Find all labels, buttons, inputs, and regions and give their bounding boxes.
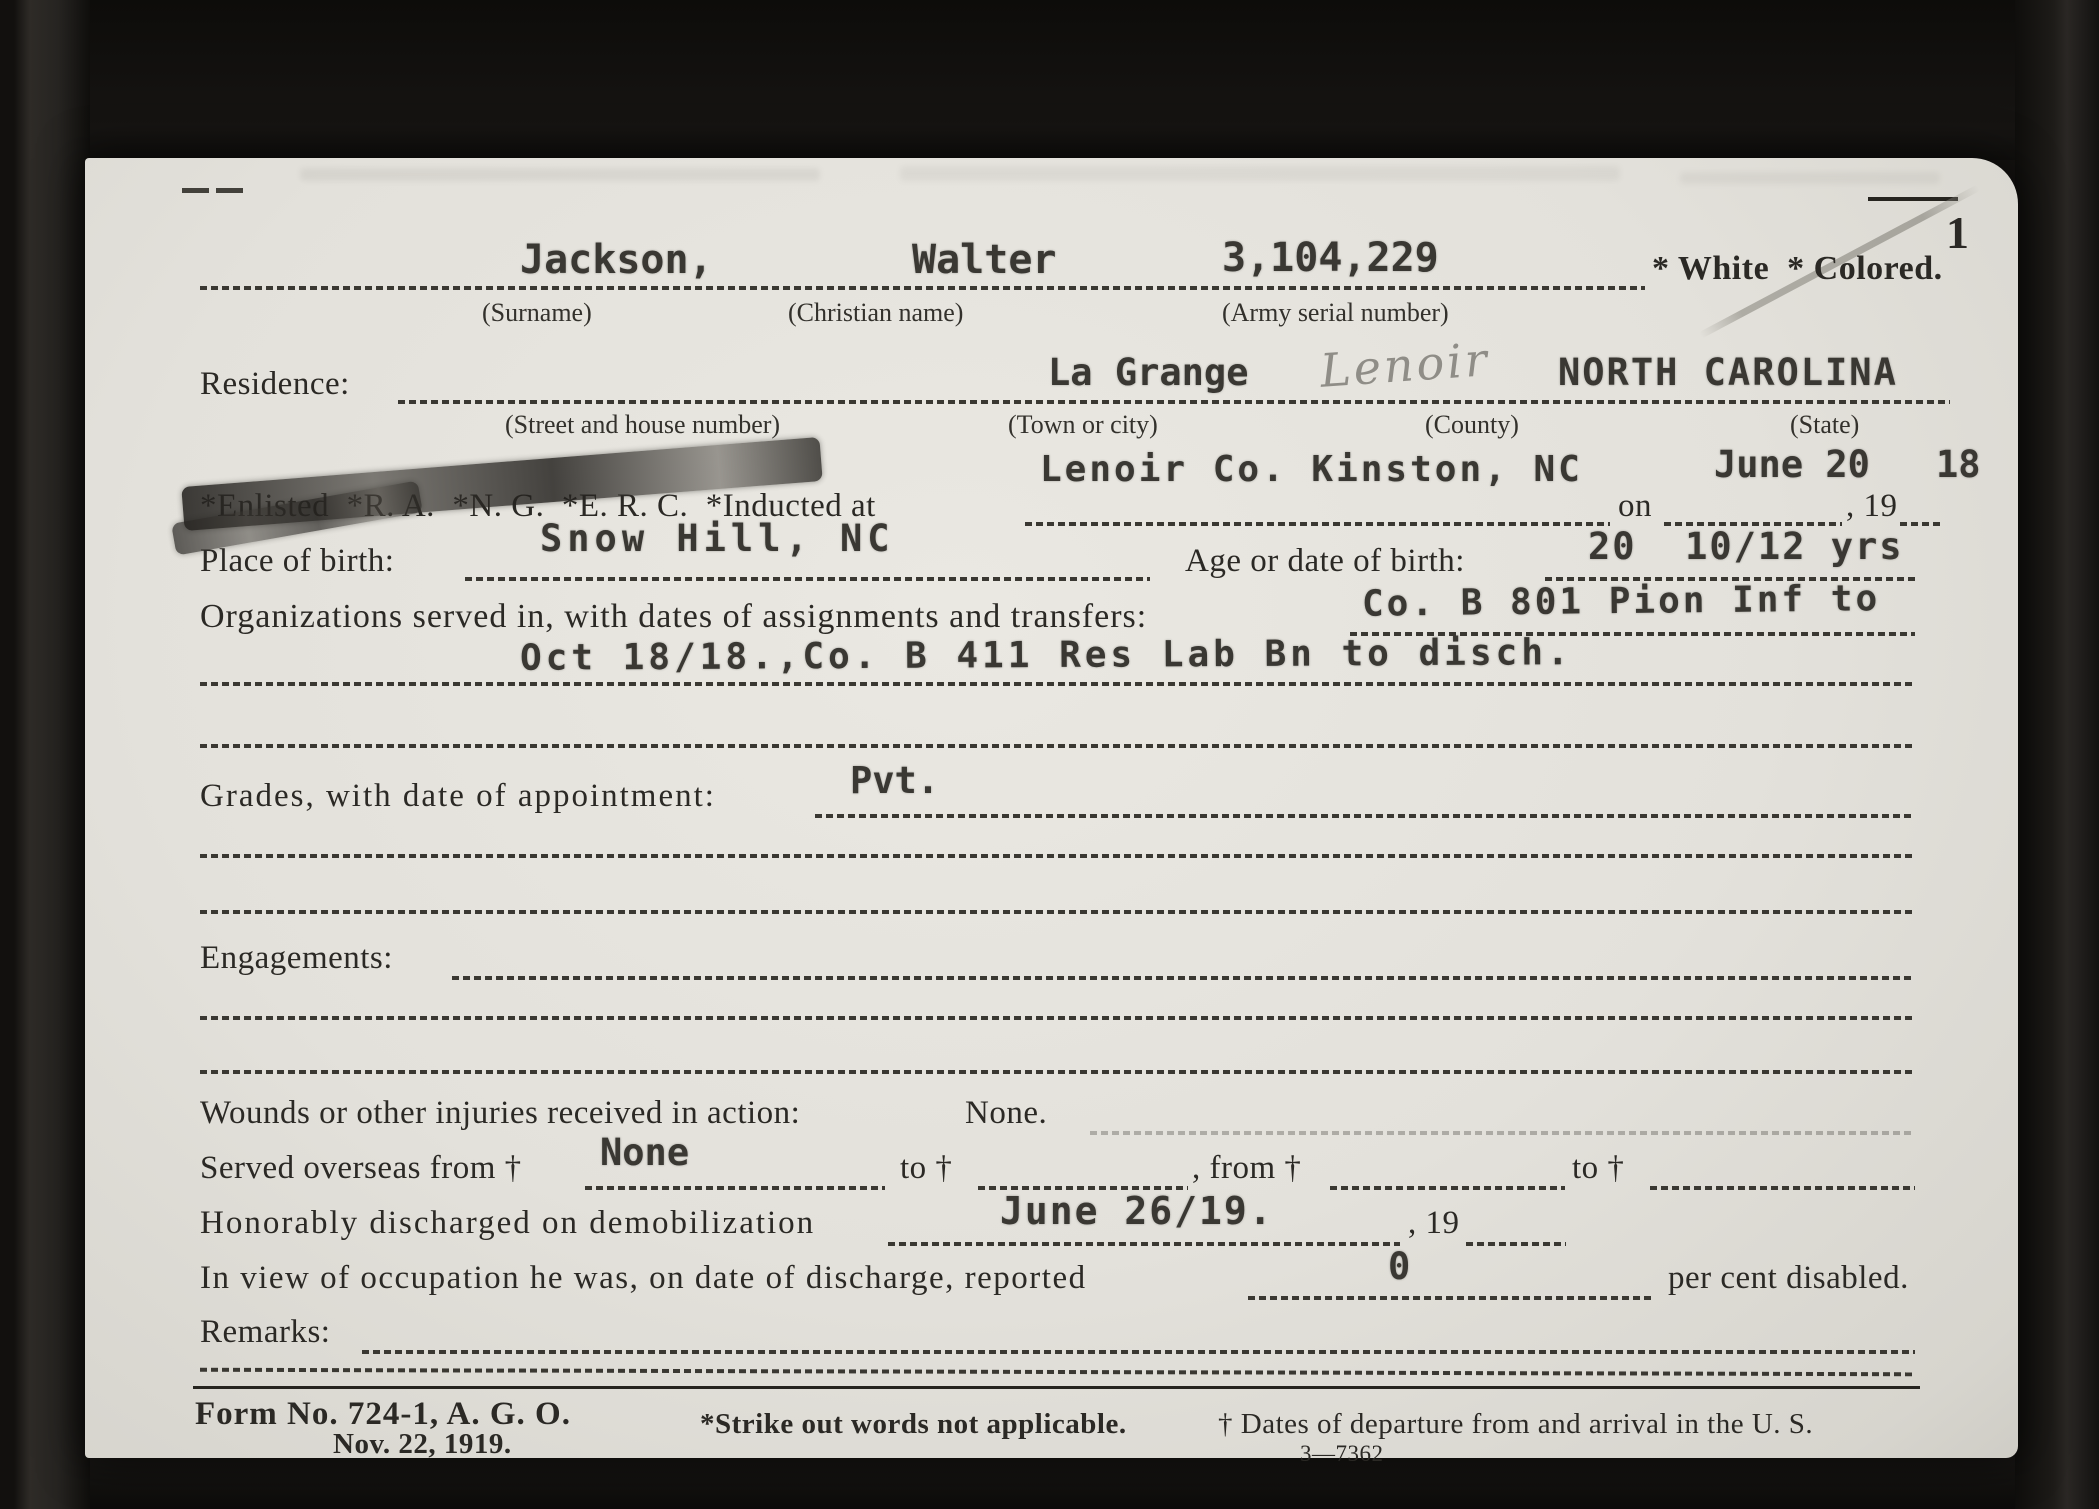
disability-value: 0 <box>1388 1248 1410 1285</box>
blank-rule-line <box>200 1016 1915 1020</box>
overseas-line1 <box>585 1186 885 1190</box>
page-number: 1 <box>1946 210 1970 256</box>
race-options-label: * White * Colored. <box>1652 252 1943 286</box>
bleed-through-mark <box>300 168 820 181</box>
residence-state-value: NORTH CAROLINA <box>1558 354 1898 391</box>
overseas-from1-label: Served overseas from † <box>200 1152 522 1185</box>
grades-value: Pvt. <box>850 762 939 799</box>
overseas-value1: None <box>600 1134 689 1171</box>
scanner-background-top <box>0 0 2099 160</box>
induction-place-value: Lenoir Co. Kinston, NC <box>1040 452 1583 488</box>
strike-note: *Strike out words not applicable. <box>700 1410 1127 1439</box>
surname-caption: (Surname) <box>482 300 592 326</box>
corner-dash-mark <box>182 188 244 193</box>
residence-county-handwritten: Lenoir <box>1319 336 1492 394</box>
name-line <box>200 286 1645 290</box>
discharge-year-label: , 19 <box>1408 1207 1460 1240</box>
age-label: Age or date of birth: <box>1185 545 1465 578</box>
overseas-to2-label: to † <box>1572 1152 1624 1185</box>
induction-year-line <box>1900 522 1942 526</box>
bleed-through-mark <box>1680 172 1940 184</box>
christian-name-caption: (Christian name) <box>788 300 963 326</box>
county-caption: (County) <box>1425 412 1519 438</box>
age-value: 20 10/12 yrs <box>1588 528 1904 565</box>
street-caption: (Street and house number) <box>505 412 780 438</box>
disability-line <box>1248 1296 1653 1300</box>
christian-name-value: Walter <box>912 240 1057 280</box>
induction-on-label: on <box>1618 490 1652 523</box>
disability-suffix-label: per cent disabled. <box>1668 1262 1909 1295</box>
dagger-note: † Dates of departure from and arrival in… <box>1218 1410 1813 1439</box>
serial-number-value: 3,104,229 <box>1222 238 1439 278</box>
overseas-to1-label: to † <box>900 1152 952 1185</box>
disability-label: In view of occupation he was, on date of… <box>200 1262 1087 1295</box>
print-code: 3—7362 <box>1300 1442 1384 1465</box>
state-caption: (State) <box>1790 412 1859 438</box>
scanner-background-right <box>2015 0 2099 1509</box>
town-caption: (Town or city) <box>1008 412 1158 438</box>
footer-rule <box>193 1386 1920 1389</box>
discharge-year-line <box>1466 1242 1566 1246</box>
discharge-line <box>888 1242 1400 1246</box>
overseas-line4 <box>1650 1186 1915 1190</box>
birth-place-label: Place of birth: <box>200 545 394 578</box>
blank-rule-line <box>200 910 1915 914</box>
induction-place-line <box>1025 522 1610 526</box>
remarks-label: Remarks: <box>200 1316 330 1349</box>
induction-year-label: , 19 <box>1846 490 1898 523</box>
bleed-through-mark <box>900 166 1620 181</box>
engagements-label: Engagements: <box>200 942 393 975</box>
form-number: Form No. 724-1, A. G. O. <box>195 1398 571 1431</box>
birth-place-value: Snow Hill, NC <box>540 520 895 557</box>
engagements-line <box>452 976 1915 980</box>
birth-place-line <box>465 577 1150 581</box>
grades-line <box>815 814 1915 818</box>
residence-town-value: La Grange <box>1048 354 1248 391</box>
discharge-label: Honorably discharged on demobilization <box>200 1207 815 1240</box>
scanned-page: 1 Jackson, Walter 3,104,229 * White * Co… <box>0 0 2099 1509</box>
residence-label: Residence: <box>200 368 350 401</box>
serial-number-caption: (Army serial number) <box>1222 300 1449 326</box>
induction-date-value: June 20 <box>1714 446 1870 483</box>
grades-label: Grades, with date of appointment: <box>200 780 716 813</box>
discharge-date-value: June 26/19. <box>1000 1192 1274 1230</box>
organizations-value-line1: Co. B 801 Pion Inf to <box>1362 581 1881 622</box>
blank-rule-line <box>200 1070 1915 1074</box>
remarks-line <box>362 1350 1915 1354</box>
residence-line <box>398 400 1950 404</box>
surname-value: Jackson, <box>520 240 713 280</box>
scanner-background-left <box>0 0 90 1509</box>
organizations-value-line2: Oct 18/18.,Co. B 411 Res Lab Bn to disch… <box>520 635 1573 677</box>
scanner-background-bottom <box>0 1457 2099 1509</box>
blank-rule-line <box>200 854 1915 858</box>
organizations-line2 <box>200 682 1915 686</box>
induction-year-value: 18 <box>1936 446 1981 483</box>
organizations-label: Organizations served in, with dates of a… <box>200 600 1147 634</box>
wounds-line <box>1090 1131 1915 1135</box>
blank-rule-line <box>200 744 1915 748</box>
wounds-label: Wounds or other injuries received in act… <box>200 1097 800 1130</box>
overseas-line3 <box>1330 1186 1565 1190</box>
wounds-value: None. <box>965 1097 1047 1130</box>
form-date: Nov. 22, 1919. <box>333 1430 512 1459</box>
overseas-from2-label: , from † <box>1192 1152 1301 1185</box>
